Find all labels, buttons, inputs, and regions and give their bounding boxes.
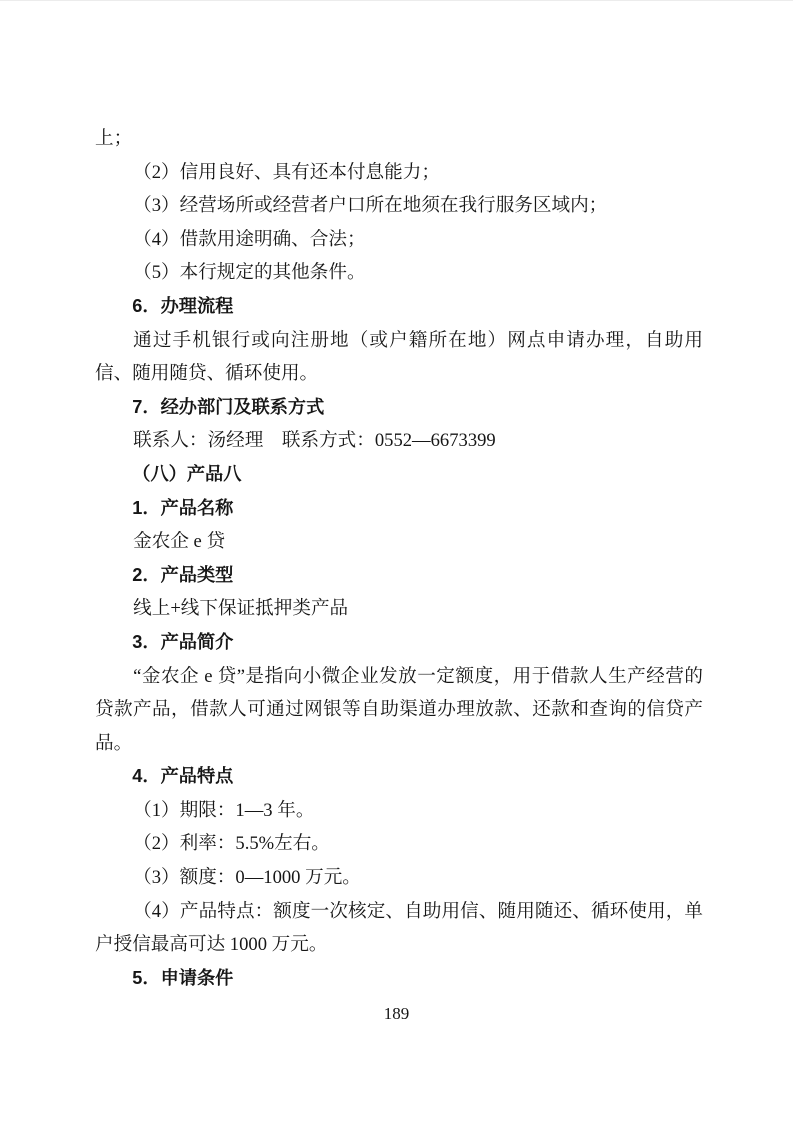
section-heading: （八）产品八: [95, 458, 703, 492]
list-item: （2）信用良好、具有还本付息能力；: [95, 156, 703, 190]
section-heading: 1．产品名称: [95, 492, 703, 526]
section-heading: 4．产品特点: [95, 760, 703, 794]
list-item: （4）产品特点：额度一次核定、自助用信、随用随还、循环使用，单户授信最高可达 1…: [95, 895, 703, 962]
paragraph-continuation: 上；: [95, 122, 703, 156]
page-number: 189: [0, 1002, 793, 1026]
section-heading: 5．申请条件: [95, 962, 703, 996]
paragraph: 金农企 e 贷: [95, 525, 703, 559]
paragraph: 通过手机银行或向注册地（或户籍所在地）网点申请办理，自助用信、随用随贷、循环使用…: [95, 324, 703, 391]
section-heading: 7．经办部门及联系方式: [95, 391, 703, 425]
paragraph: 联系人：汤经理 联系方式：0552—6673399: [95, 424, 703, 458]
section-heading: 3．产品简介: [95, 626, 703, 660]
list-item: （1）期限：1—3 年。: [95, 794, 703, 828]
list-item: （3）经营场所或经营者户口所在地须在我行服务区域内；: [95, 189, 703, 223]
list-item: （4）借款用途明确、合法；: [95, 223, 703, 257]
list-item: （3）额度：0—1000 万元。: [95, 861, 703, 895]
section-heading: 6．办理流程: [95, 290, 703, 324]
list-item: （5）本行规定的其他条件。: [95, 256, 703, 290]
list-item: （2）利率：5.5%左右。: [95, 827, 703, 861]
document-page: { "page": { "number": "189" }, "content"…: [0, 0, 793, 1122]
document-body: 上； （2）信用良好、具有还本付息能力； （3）经营场所或经营者户口所在地须在我…: [95, 122, 703, 995]
paragraph: “金农企 e 贷”是指向小微企业发放一定额度，用于借款人生产经营的贷款产品，借款…: [95, 660, 703, 761]
section-heading: 2．产品类型: [95, 559, 703, 593]
paragraph: 线上+线下保证抵押类产品: [95, 592, 703, 626]
